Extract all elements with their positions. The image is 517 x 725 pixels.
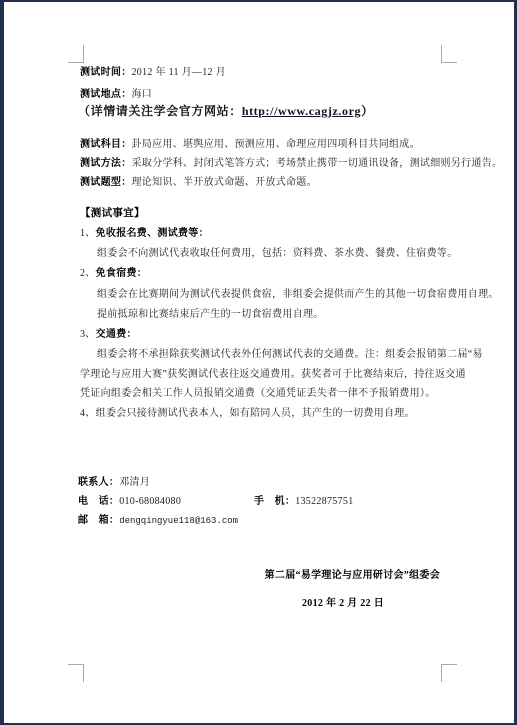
notice-item-3-body-1: 组委会将不承担除获奖测试代表外任何测试代表的交通费。注：组委会报销第二届“易 (97, 348, 483, 361)
notice-item-2-body-1: 组委会在比赛期间为测试代表提供食宿，非组委会提供而产生的其他一切食宿费用自理。 (97, 288, 499, 301)
contact-mobile-label: 手 机： (254, 496, 295, 507)
types-line: 测试题型：理论知识、半开放式命题、开放式命题。 (80, 176, 317, 189)
website-prefix: （详情请关注学会官方网站： (78, 104, 242, 118)
notice-item-4-body: 组委会只接待测试代表本人，如有陪同人员，其产生的一切费用自理。 (96, 408, 415, 419)
method-label: 测试方法： (80, 158, 132, 169)
notice-item-2-number: 2、 (80, 268, 96, 279)
test-place-label: 测试地点： (80, 89, 132, 100)
website-link[interactable]: http://www.cagjz.org (242, 104, 361, 118)
test-place-value: 海口 (132, 89, 153, 100)
method-line: 测试方法：采取分学科、封闭式笔答方式；考场禁止携带一切通讯设备，测试细则另行通告… (80, 157, 502, 170)
method-value: 采取分学科、封闭式笔答方式；考场禁止携带一切通讯设备，测试细则另行通告。 (132, 158, 503, 169)
test-place-line: 测试地点：海口 (80, 88, 152, 101)
notice-item-1-body-1: 组委会不向测试代表收取任何费用，包括：资料费、茶水费、餐费、住宿费等。 (97, 247, 458, 260)
notice-item-3-body-3: 凭证向组委会相关工作人员报销交通费（交通凭证丢失者一律不予报销费用）。 (80, 387, 436, 400)
subjects-value: 卦局应用、堪舆应用、预测应用、命理应用四项科目共同组成。 (132, 139, 420, 150)
subjects-line: 测试科目：卦局应用、堪舆应用、预测应用、命理应用四项科目共同组成。 (80, 138, 420, 151)
notice-item-3-number: 3、 (80, 329, 96, 340)
notice-item-2-title-line: 2、免食宿费： (80, 267, 147, 280)
contact-email-line: 邮 箱：dengqingyue118@163.com (78, 514, 238, 528)
contact-person-label: 联系人： (78, 477, 119, 488)
test-time-line: 测试时间：2012 年 11 月—12 月 (80, 66, 226, 79)
notice-item-3-title: 交通费： (96, 329, 137, 340)
test-time-value: 2012 年 11 月—12 月 (132, 67, 226, 78)
contact-mobile-line: 手 机：13522875751 (254, 495, 354, 508)
website-suffix: ） (361, 104, 374, 118)
text-boundary-mark-top-left (68, 45, 84, 63)
contact-phone-line: 电 话：010-68084080 (78, 495, 181, 508)
notice-heading: 【测试事宜】 (80, 207, 145, 220)
notice-item-2-title: 免食宿费： (96, 268, 148, 279)
notice-item-1-title: 免收报名费、测试费等： (96, 228, 209, 239)
notice-item-3-body-2: 学理论与应用大赛”获奖测试代表往返交通费用。获奖者可于比赛结束后，持往返交通 (80, 368, 466, 381)
types-label: 测试题型： (80, 177, 132, 188)
notice-item-2-body-2: 提前抵琼和比赛结束后产生的一切食宿费用自理。 (97, 308, 324, 321)
notice-item-1-number: 1、 (80, 228, 96, 239)
notice-item-4-number: 4、 (80, 408, 96, 419)
document-frame: 测试时间：2012 年 11 月—12 月 测试地点：海口 （详情请关注学会官方… (0, 0, 517, 725)
contact-person-value: 邓清月 (119, 477, 150, 488)
contact-phone-value: 010-68084080 (119, 496, 181, 507)
test-time-label: 测试时间： (80, 67, 132, 78)
contact-email-label: 邮 箱： (78, 515, 119, 526)
document-page: 测试时间：2012 年 11 月—12 月 测试地点：海口 （详情请关注学会官方… (4, 2, 514, 723)
notice-item-1-title-line: 1、免收报名费、测试费等： (80, 227, 209, 240)
signature-date: 2012 年 2 月 22 日 (302, 597, 384, 610)
website-line: （详情请关注学会官方网站：http://www.cagjz.org） (78, 105, 374, 118)
types-value: 理论知识、半开放式命题、开放式命题。 (132, 177, 317, 188)
subjects-label: 测试科目： (80, 139, 132, 150)
text-boundary-mark-bottom-right (441, 664, 457, 682)
text-boundary-mark-top-right (441, 45, 457, 63)
contact-mobile-value: 13522875751 (295, 496, 353, 507)
notice-item-3-title-line: 3、交通费： (80, 328, 137, 341)
contact-person-line: 联系人：邓清月 (78, 476, 150, 489)
contact-phone-label: 电 话： (78, 496, 119, 507)
notice-item-4-line: 4、组委会只接待测试代表本人，如有陪同人员，其产生的一切费用自理。 (80, 407, 415, 420)
signature-org: 第二届“易学理论与应用研讨会”组委会 (265, 569, 440, 582)
text-boundary-mark-bottom-left (68, 664, 84, 682)
contact-email-value: dengqingyue118@163.com (119, 516, 238, 526)
